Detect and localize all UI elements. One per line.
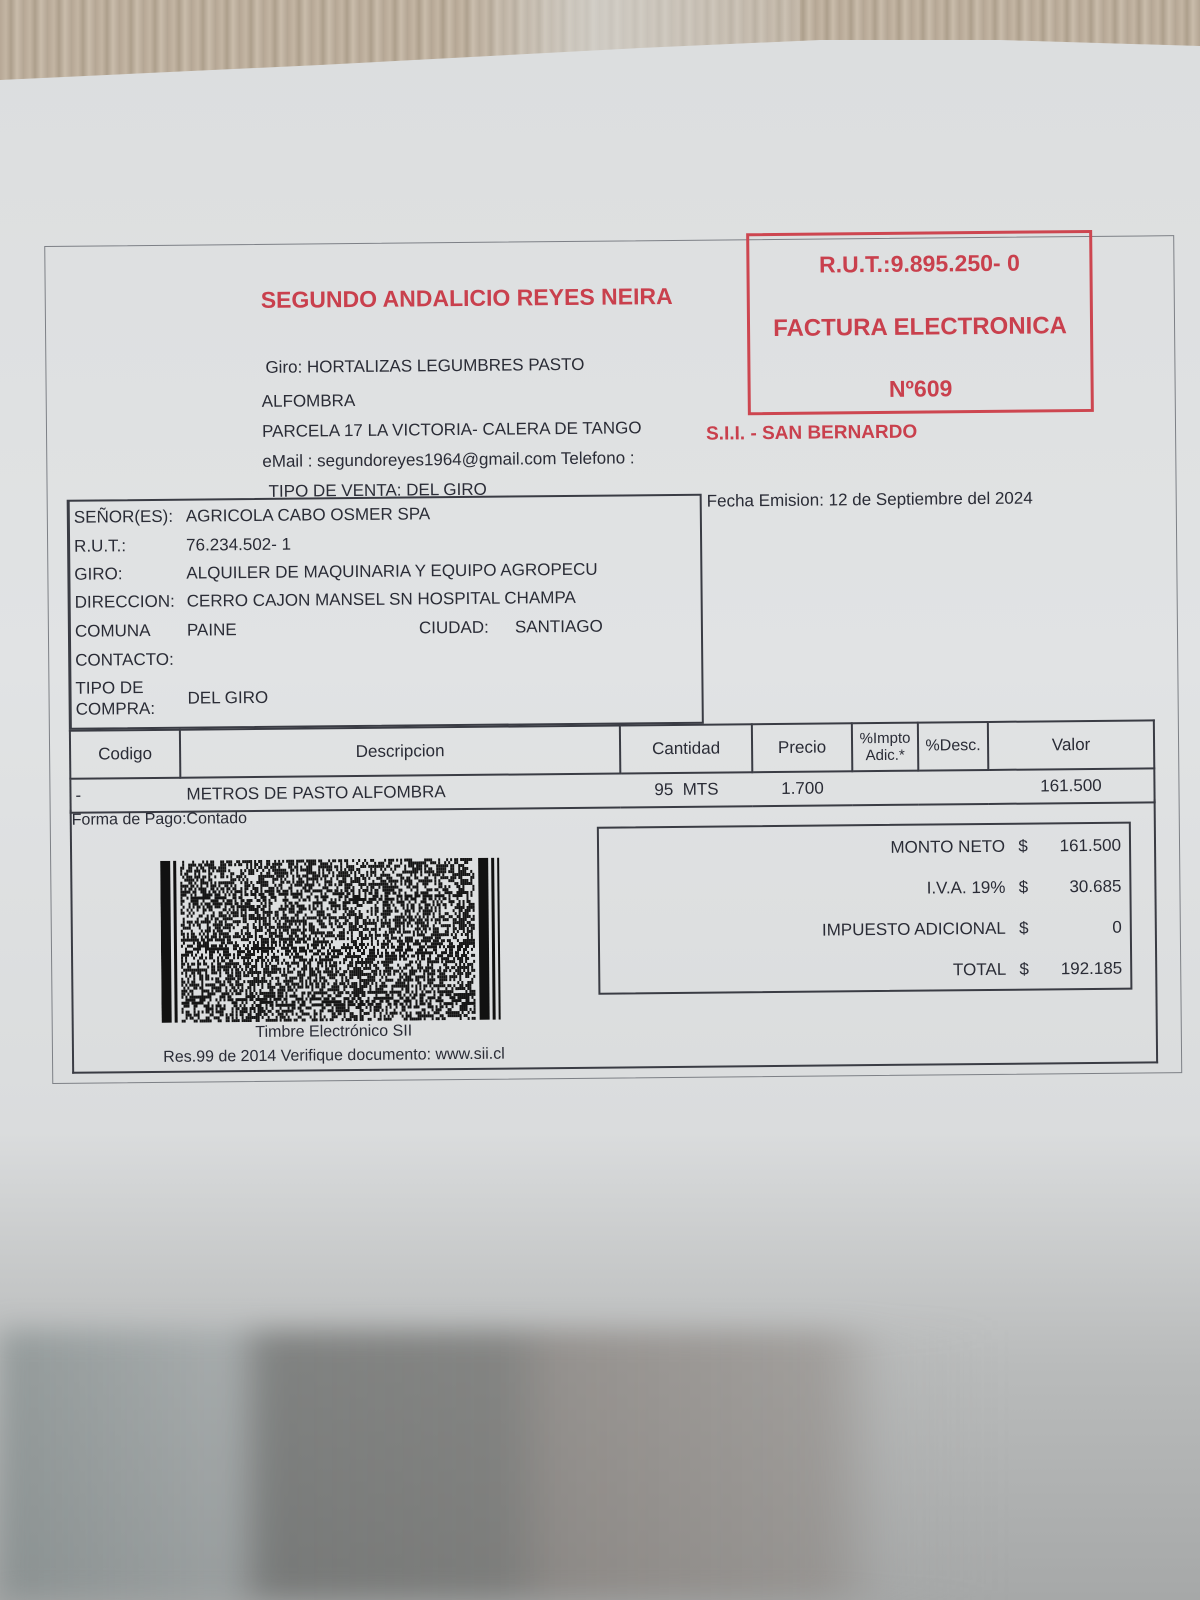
hand-shadow [0,1330,1200,1600]
col-valor: Valor [988,720,1154,770]
total-row-neto: MONTO NETO$161.500 [890,836,1121,858]
issuer-rut: R.U.T.:9.895.250- 0 [749,249,1089,279]
totals-box: MONTO NETO$161.500 I.V.A. 19%$30.685 IMP… [597,822,1133,995]
timbre-caption: Timbre Electrónico SII [162,1022,506,1043]
issuer-address: PARCELA 17 LA VICTORIA- CALERA DE TANGO [262,418,642,442]
invoice-document: SEGUNDO ANDALICIO REYES NEIRA Giro: HORT… [44,211,1182,1092]
items-table: Codigo Descripcion Cantidad Precio %Impt… [69,719,1156,813]
cell-precio: 1.700 [752,771,852,806]
footer-box: Forma de Pago:Contado Timbre Electrónico… [70,799,1158,1073]
cell-cantidad: 95 MTS [620,772,752,807]
sii-office: S.I.I. - SAN BERNARDO [706,422,917,446]
forma-de-pago: Forma de Pago:Contado [72,810,247,830]
col-precio: Precio [752,723,852,772]
total-row-impuesto-adicional: IMPUESTO ADICIONAL$0 [822,918,1122,941]
total-row-total: TOTAL$192.185 [953,959,1122,981]
issuer-giro-cont: ALFOMBRA [262,391,356,412]
client-info-box: SEÑOR(ES): AGRICOLA CABO OSMER SPA R.U.T… [67,494,704,730]
col-descripcion: Descripcion [180,725,620,777]
issuer-contact: eMail : segundoreyes1964@gmail.com Telef… [262,448,634,472]
total-row-iva: I.V.A. 19%$30.685 [927,877,1122,899]
resolution-note: Res.99 de 2014 Verifique documento: www.… [74,1045,594,1068]
document-number: Nº609 [751,374,1091,404]
col-impto-adic: %Impto Adic.* [852,723,918,772]
client-ciudad: SANTIAGO [515,617,603,638]
document-type: FACTURA ELECTRONICA [750,312,1090,343]
client-ciudad-label: CIUDAD: [419,618,489,639]
document-id-box: R.U.T.:9.895.250- 0 FACTURA ELECTRONICA … [746,230,1094,415]
cell-desc [918,770,988,805]
pdf417-barcode-icon [160,858,506,1023]
cell-impto [852,771,918,806]
fecha-emision: Fecha Emision: 12 de Septiembre del 2024 [707,489,1033,512]
col-desc: %Desc. [918,722,988,771]
col-cantidad: Cantidad [620,724,752,773]
col-codigo: Codigo [70,730,180,779]
client-comuna: COMUNA PAINE CIUDAD: SANTIAGO [75,616,695,622]
cell-codigo: - [70,778,180,813]
issuer-giro: Giro: HORTALIZAS LEGUMBRES PASTO [265,355,584,378]
issuer-name: SEGUNDO ANDALICIO REYES NEIRA [261,280,681,316]
